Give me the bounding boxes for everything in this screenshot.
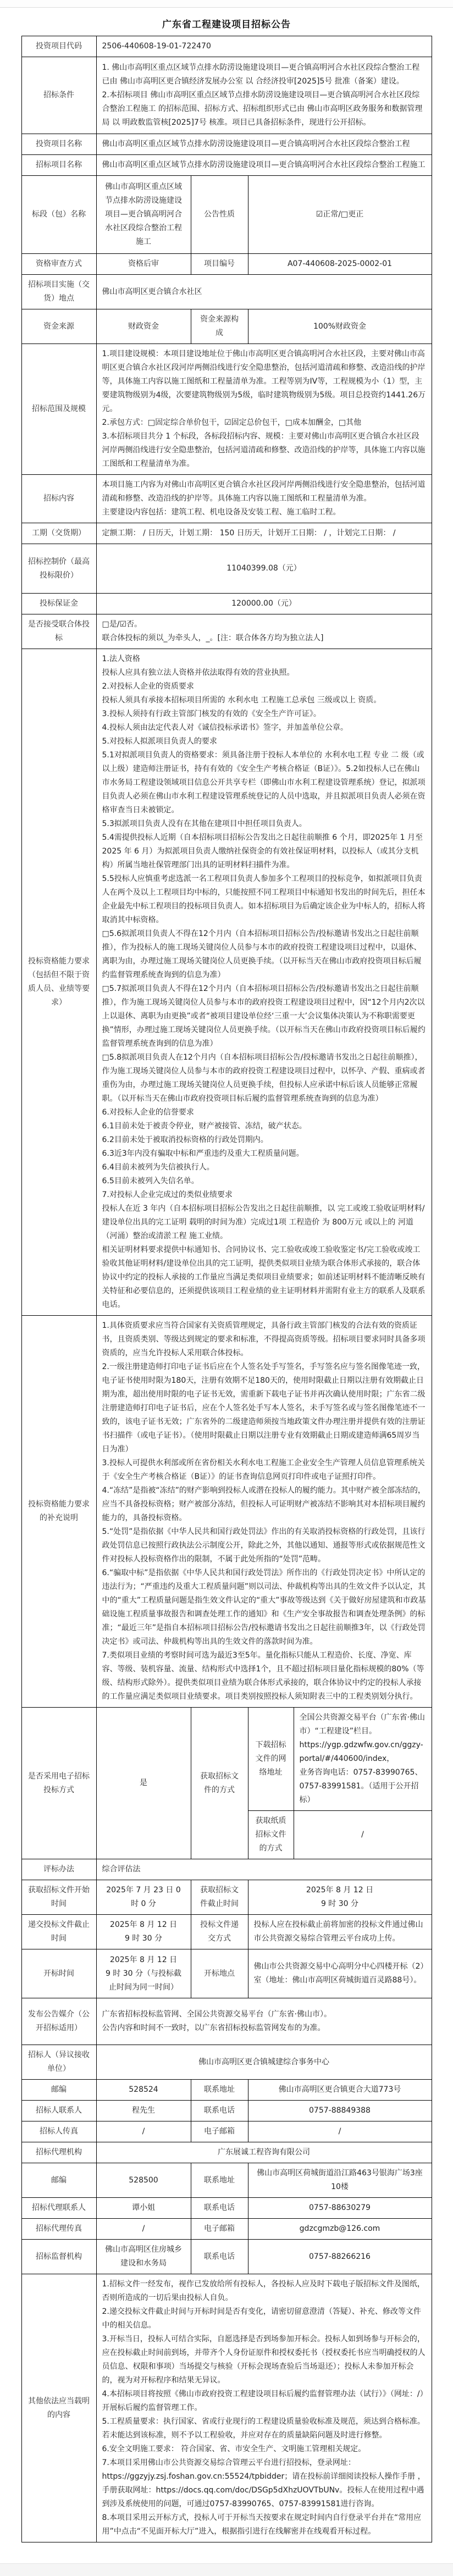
agency-email-value: gdzcgmzb@126.com <box>248 2219 432 2240</box>
bid-submission-method-value: 投标人应在投标截止前将加密的投标文件通过佛山市公共资源交易综合管理云平台成功上传… <box>248 1915 432 1949</box>
supervisor-value: 佛山市高明区住房城乡建设和水务局 <box>97 2240 191 2274</box>
row-tender-conditions: 招标条件 1. 佛山市高明区重点区域节点排水防涝设施建设项目—更合镇高明河合水社… <box>22 57 432 134</box>
row-consortium: 是否接受联合体投标 □是/☑否。 联合体投标的须以_为牵头人，_。[注：联合体各… <box>22 614 432 649</box>
paper-doc-method-label: 获取纸质招标文件的方式 <box>248 1811 294 1859</box>
scope-value: 1.项目建设规模：本项目建设地址位于佛山市高明区更合镇高明河合水社区段，主要对佛… <box>97 344 432 475</box>
other-content-value: 1.招标文件一经发布，视作已发放给所有投标人，各投标人应及时下载电子版招标文件及… <box>97 2274 432 2542</box>
duration-value: 定额工期： / 日历天，计划工期： 150 日历天，计划开工日期： / ，计划完… <box>97 523 432 544</box>
supervisor-phone-label: 联系电话 <box>191 2240 248 2274</box>
investment-name-value: 佛山市高明区重点区域节点排水防涝设施建设项目—更合镇高明河合水社区段综合整治工程 <box>97 134 432 155</box>
announcement-media-label: 发布公告媒介（公开招标适用） <box>22 1998 97 2045</box>
e-bidding-value: 是 <box>97 1708 191 1859</box>
row-project-code: 投资项目代码 2506-440608-19-01-722470 <box>22 36 432 57</box>
page-title: 广东省工程建设项目招标公告 <box>0 16 453 30</box>
row-section-name: 标段（包）名称 佛山市高明区重点区域节点排水防涝设施建设项目—更合镇高明河合水社… <box>22 176 432 254</box>
bid-submission-method-label: 投标文件递交方式 <box>191 1915 248 1949</box>
agency-fax-value: / <box>97 2219 191 2240</box>
tenderer-postcode-label: 邮编 <box>22 2080 97 2101</box>
doc-end-time-value: 2025年 8 月 12 日 9 时 30 分 <box>248 1880 432 1915</box>
supervisor-phone-value: 0757-88266216 <box>248 2240 432 2274</box>
paper-doc-method-value: / <box>294 1811 432 1859</box>
doc-start-time-value: 2025年 7 月 23 日 0 时 0 分 <box>97 1880 191 1915</box>
row-bid-opening: 开标时间 2025年 8 月 12 日 9 时 30 分（与投标截止时间为同一时… <box>22 1949 432 1998</box>
row-tenderer: 招标人（异议接收单位） 佛山市高明区更合镇城建综合事务中心 <box>22 2045 432 2080</box>
opening-time-label: 开标时间 <box>22 1949 97 1998</box>
row-tenderer-postcode: 邮编 528524 联系地址 佛山市高明区更合镇更合大道773号 <box>22 2080 432 2101</box>
project-number-label: 项目编号 <box>191 254 248 275</box>
row-tender-project-name: 招标项目名称 佛山市高明区重点区域节点排水防涝设施建设项目—更合镇高明河合水社区… <box>22 155 432 176</box>
agency-address-label: 联系地址 <box>191 2163 248 2198</box>
footer-band <box>0 2563 453 2576</box>
section-name-label: 标段（包）名称 <box>22 176 97 254</box>
bid-bond-label: 投标保证金 <box>22 594 97 614</box>
project-code-label: 投资项目代码 <box>22 36 97 57</box>
tender-content-label: 招标内容 <box>22 475 97 523</box>
agency-phone-label: 联系电话 <box>191 2198 248 2219</box>
bottom-spacer <box>0 2542 453 2553</box>
project-code-value: 2506-440608-19-01-722470 <box>97 36 432 57</box>
funding-composition-value: 100%财政资金 <box>248 309 432 344</box>
doc-obtain-method-label: 获取招标文件的方式 <box>191 1708 248 1859</box>
doc-end-time-label: 获取招标文件截止时间 <box>191 1880 248 1915</box>
tender-content-value: 本项目施工内容为对佛山市高明区更合镇合水社区段河岸两侧沿线进行安全隐患整治，包括… <box>97 475 432 523</box>
tenderer-fax-value: / <box>97 2121 191 2142</box>
row-agency-contact: 招标代理联系人 谭小姐 联系电话 0757-88630279 <box>22 2198 432 2219</box>
row-bid-bond: 投标保证金 120000.00（元） <box>22 594 432 614</box>
scope-label: 招标范围及规模 <box>22 344 97 475</box>
bid-deadline-label: 递交投标文件截止时间 <box>22 1915 97 1949</box>
doc-start-time-label: 获取招标文件开始时间 <box>22 1880 97 1915</box>
row-bid-deadline: 递交投标文件截止时间 2025年 8 月 12 日 9 时 30 分 投标文件递… <box>22 1915 432 1949</box>
qualification-review-value: 资格后审 <box>97 254 191 275</box>
consortium-label: 是否接受联合体投标 <box>22 614 97 649</box>
agency-contact-label: 招标代理联系人 <box>22 2198 97 2219</box>
qualification-review-label: 资格审查方式 <box>22 254 97 275</box>
row-e-bidding: 是否采用电子招标投标方式 是 获取招标文件的方式 下载招标文件的网络地址 全国公… <box>22 1708 432 1859</box>
tenderer-postcode-value: 528524 <box>97 2080 191 2101</box>
row-other-content: 其他依法应当载明的内容 1.招标文件一经发布，视作已发放给所有投标人，各投标人应… <box>22 2274 432 2542</box>
row-qualification-supplement: 投标资格能力要求的补充说明 1.具体资质要求应当符合国家有关资质管理规定，具备行… <box>22 1316 432 1708</box>
tenderer-contact-label: 招标人联系人 <box>22 2101 97 2121</box>
evaluation-method-label: 评标办法 <box>22 1859 97 1880</box>
download-address-label: 下载招标文件的网络地址 <box>248 1708 294 1811</box>
row-announcement-media: 发布公告媒介（公开招标适用） 广东省招标投标监管网、全国公共资源交易平台（广东省… <box>22 1998 432 2045</box>
tenderer-phone-label: 联系电话 <box>191 2101 248 2121</box>
section-name-value: 佛山市高明区重点区域节点排水防涝设施建设项目—更合镇高明河合水社区段综合整治工程… <box>97 176 191 254</box>
qualification-requirements-value: 1.法人资格 投标人应具有独立法人资格并依法取得有效的营业执照。 2.对投标人企… <box>97 649 432 1316</box>
row-scope: 招标范围及规模 1.项目建设规模：本项目建设地址位于佛山市高明区更合镇高明河合水… <box>22 344 432 475</box>
evaluation-method-value: 综合评估法 <box>97 1859 432 1880</box>
row-tenderer-fax: 招标人传真 / 电子邮箱 / <box>22 2121 432 2142</box>
row-agency: 招标代理机构 广东展诚工程咨询有限公司 <box>22 2142 432 2163</box>
tenderer-contact-value: 程先生 <box>97 2101 191 2121</box>
funding-source-label: 资金来源 <box>22 309 97 344</box>
tender-project-name-value: 佛山市高明区重点区域节点排水防涝设施建设项目—更合镇高明河合水社区段综合整治工程… <box>97 155 432 176</box>
row-doc-obtain-time: 获取招标文件开始时间 2025年 7 月 23 日 0 时 0 分 获取招标文件… <box>22 1880 432 1915</box>
qualification-supplement-label: 投标资格能力要求的补充说明 <box>22 1316 97 1708</box>
agency-email-label: 电子邮箱 <box>191 2219 248 2240</box>
control-price-label: 招标控制价（最高投标限价） <box>22 544 97 594</box>
announcement-nature-checkboxes: ☑正常/□更正 <box>248 176 432 254</box>
row-control-price: 招标控制价（最高投标限价） 11040399.08（元） <box>22 544 432 594</box>
row-tenderer-contact: 招标人联系人 程先生 联系电话 0757-88849388 <box>22 2101 432 2121</box>
row-funding: 资金来源 财政资金 资金来源构成 100%财政资金 <box>22 309 432 344</box>
tenderer-address-label: 联系地址 <box>191 2080 248 2101</box>
supervisor-label: 招标监督机构 <box>22 2240 97 2274</box>
funding-composition-label: 资金来源构成 <box>191 309 248 344</box>
tender-conditions-label: 招标条件 <box>22 57 97 134</box>
agency-phone-value: 0757-88630279 <box>248 2198 432 2219</box>
bid-bond-value: 120000.00（元） <box>97 594 432 614</box>
agency-label: 招标代理机构 <box>22 2142 97 2163</box>
row-investment-name: 投资项目名称 佛山市高明区重点区域节点排水防涝设施建设项目—更合镇高明河合水社区… <box>22 134 432 155</box>
agency-contact-value: 谭小姐 <box>97 2198 191 2219</box>
row-qualification-requirements: 投标资格能力要求（包括但不限于资质人员、业绩等要求） 1.法人资格 投标人应具有… <box>22 649 432 1316</box>
agency-fax-label: 招标代理传真 <box>22 2219 97 2240</box>
bid-deadline-value: 2025年 8 月 12 日 9 时 30 分 <box>97 1915 191 1949</box>
control-price-value: 11040399.08（元） <box>97 544 432 594</box>
top-divider <box>0 0 453 8</box>
row-evaluation-method: 评标办法 综合评估法 <box>22 1859 432 1880</box>
tenderer-fax-label: 招标人传真 <box>22 2121 97 2142</box>
duration-label: 工期（交货期） <box>22 523 97 544</box>
funding-source-value: 财政资金 <box>97 309 191 344</box>
location-value: 佛山市高明区更合镇合水社区 <box>97 275 432 309</box>
investment-name-label: 投资项目名称 <box>22 134 97 155</box>
tenderer-address-value: 佛山市高明区更合镇更合大道773号 <box>248 2080 432 2101</box>
announcement-media-value: 广东省招标投标监管网、全国公共资源交易平台（广东省·佛山市）。 公告内容和时间不… <box>97 1998 432 2045</box>
row-location: 招标项目实施（交货）地点 佛山市高明区更合镇合水社区 <box>22 275 432 309</box>
row-supervisor: 招标监督机构 佛山市高明区住房城乡建设和水务局 联系电话 0757-882662… <box>22 2240 432 2274</box>
agency-postcode-value: 528500 <box>97 2163 191 2198</box>
qualification-requirements-label: 投标资格能力要求（包括但不限于资质人员、业绩等要求） <box>22 649 97 1316</box>
agency-address-value: 佛山市高明区荷城街道沿江路463号银海广场3座10楼 <box>248 2163 432 2198</box>
consortium-checkboxes: □是/☑否。 联合体投标的须以_为牵头人，_。[注：联合体各方均为独立法人] <box>97 614 432 649</box>
row-agency-postcode: 邮编 528500 联系地址 佛山市高明区荷城街道沿江路463号银海广场3座10… <box>22 2163 432 2198</box>
row-qualification-review: 资格审查方式 资格后审 项目编号 A07-440608-2025-0002-01 <box>22 254 432 275</box>
qualification-supplement-value: 1.具体资质要求应当符合国家有关资质管理规定，具备行政主管部门核发的合法有效的资… <box>97 1316 432 1708</box>
tenderer-email-value: / <box>248 2121 432 2142</box>
tender-project-name-label: 招标项目名称 <box>22 155 97 176</box>
tenderer-phone-value: 0757-88849388 <box>248 2101 432 2121</box>
tenderer-email-label: 电子邮箱 <box>191 2121 248 2142</box>
download-address-value: 全国公共资源交易平台（广东省·佛山市）“工程建设”栏目。 https://ygp… <box>294 1708 432 1811</box>
tender-conditions-value: 1. 佛山市高明区重点区域节点排水防涝设施建设项目—更合镇高明河合水社区段综合整… <box>97 57 432 134</box>
e-bidding-label: 是否采用电子招标投标方式 <box>22 1708 97 1859</box>
project-number-value: A07-440608-2025-0002-01 <box>248 254 432 275</box>
tender-announcement-table: 投资项目代码 2506-440608-19-01-722470 招标条件 1. … <box>21 36 432 2542</box>
tenderer-value: 佛山市高明区更合镇城建综合事务中心 <box>97 2045 432 2080</box>
other-content-label: 其他依法应当载明的内容 <box>22 2274 97 2542</box>
row-agency-fax: 招标代理传真 / 电子邮箱 gdzcgmzb@126.com <box>22 2219 432 2240</box>
agency-value: 广东展诚工程咨询有限公司 <box>97 2142 432 2163</box>
row-duration: 工期（交货期） 定额工期： / 日历天，计划工期： 150 日历天，计划开工日期… <box>22 523 432 544</box>
agency-postcode-label: 邮编 <box>22 2163 97 2198</box>
row-tender-content: 招标内容 本项目施工内容为对佛山市高明区更合镇合水社区段河岸两侧沿线进行安全隐患… <box>22 475 432 523</box>
opening-time-value: 2025年 8 月 12 日 9 时 30 分（与投标截止时间为同一时间） <box>97 1949 191 1998</box>
tenderer-label: 招标人（异议接收单位） <box>22 2045 97 2080</box>
location-label: 招标项目实施（交货）地点 <box>22 275 97 309</box>
opening-place-label: 开标地点 <box>191 1949 248 1998</box>
announcement-nature-label: 公告性质 <box>191 176 248 254</box>
opening-place-value: 佛山市公共资源交易中心高明分中心四楼开标（2）室（地址：佛山市高明区荷城街道百灵… <box>248 1949 432 1998</box>
